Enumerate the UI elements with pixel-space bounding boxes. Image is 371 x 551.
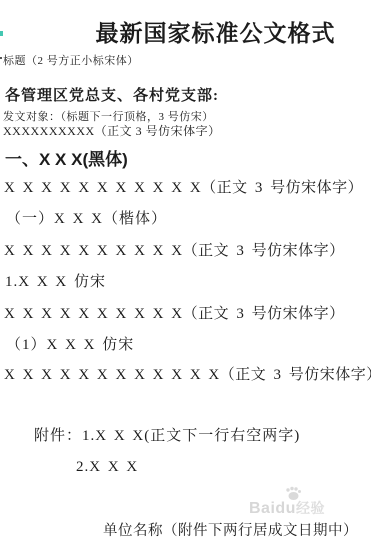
attachment-line-1: 附件：1.X X X(正文下一行右空两字) — [34, 424, 300, 445]
body-text-line-1: X X X X X X X X X X X（正文 3 号仿宋体字） — [4, 176, 363, 197]
left-edge-speck — [0, 57, 2, 59]
document-title: 最新国家标准公文格式 — [60, 15, 371, 48]
body-text-line-3: X X X X X X X X X X（正文 3 号仿宋体字） — [4, 302, 345, 323]
signature-line: 单位名称（附件下两行居成文日期中） — [103, 519, 358, 540]
left-edge-teal-mark — [0, 31, 3, 36]
attachment-line-2: 2.X X X — [76, 459, 138, 476]
watermark-du: du — [275, 500, 296, 517]
body-font-annotation: XXXXXXXXXX（正文 3 号仿宋体字） — [3, 122, 221, 139]
title-font-annotation: 标题（2 号方正小标宋体） — [3, 52, 139, 68]
recipient-line: 各管理区党总支、各村党支部: — [5, 84, 219, 105]
paw-icon — [284, 486, 302, 501]
heading-level-3: 1.X X X 仿宋 — [5, 270, 106, 291]
heading-level-4: （1）X X X 仿宋 — [6, 333, 134, 354]
body-text-line-2: X X X X X X X X X X（正文 3 号仿宋体字） — [4, 239, 345, 260]
document-page: 最新国家标准公文格式 标题（2 号方正小标宋体） 各管理区党总支、各村党支部: … — [0, 0, 371, 551]
watermark-bai: Bai — [249, 500, 275, 517]
body-text-line-4: X X X X X X X X X X X X（正文 3 号仿宋体字） — [4, 363, 371, 384]
heading-level-2: （一）X X X（楷体） — [6, 207, 167, 228]
baidu-jingyan-watermark: Baidu经验 — [249, 498, 325, 518]
heading-level-1: 一、X X X(黑体) — [5, 145, 128, 170]
watermark-jingyan: 经验 — [296, 500, 325, 516]
